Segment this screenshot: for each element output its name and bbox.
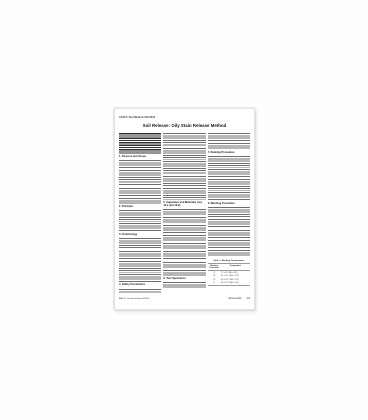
- footer-manual-label: AATCC Technical Manual/2010: [119, 298, 149, 300]
- paragraph-lines: [163, 161, 205, 175]
- paragraph-lines: [208, 230, 250, 239]
- paragraph-lines: [119, 198, 161, 205]
- text-column-1: 1. Purpose and Scope2. Principle3. Termi…: [119, 133, 161, 294]
- table-cell-procedure: V: [208, 282, 221, 285]
- paragraph-lines: [163, 225, 205, 234]
- paragraph-lines: [163, 217, 205, 224]
- document-title: Soil Release: Oily Stain Release Method: [119, 124, 250, 129]
- paragraph-lines: [163, 243, 205, 250]
- paragraph-lines: [163, 133, 205, 147]
- column-layout: 1. Purpose and Scope2. Principle3. Termi…: [119, 133, 250, 294]
- paragraph-lines: [163, 176, 205, 188]
- paragraph-lines: [163, 282, 205, 289]
- paragraph-lines: [163, 148, 205, 160]
- paragraph-lines: [163, 251, 205, 260]
- paragraph-lines: [163, 235, 205, 242]
- table-column-header: Temperature: [221, 264, 250, 271]
- footer-page-number: 373: [246, 298, 250, 300]
- paragraph-lines: [208, 240, 250, 249]
- paragraph-lines: [119, 261, 161, 273]
- paragraph-lines: [119, 160, 161, 169]
- paragraph-lines: [119, 289, 161, 294]
- table-cell-temperature: 60 ± 3°C (140 ± 5°F): [221, 282, 250, 285]
- section-heading: 2. Principle: [119, 206, 161, 209]
- section-heading: 4. Safety Precautions: [119, 284, 161, 287]
- table-column-header: Washing Procedure: [208, 264, 221, 271]
- document-sheet: AATCC Test Method 130-2010 Soil Release:…: [114, 108, 255, 310]
- page-background: AATCC Test Method 130-2010 Soil Release:…: [0, 0, 368, 420]
- paragraph-lines: [163, 209, 205, 216]
- paragraph-lines: [208, 179, 250, 191]
- section-heading: 6. Test Specimens: [163, 278, 205, 281]
- history-paragraph-lines: [119, 133, 161, 154]
- footer-right-group: TM 130-2010 373: [228, 298, 250, 300]
- paragraph-lines: [208, 169, 250, 178]
- footer-doc-ref: TM 130-2010: [228, 298, 241, 300]
- table-grid: Washing ProcedureTemperatureII27 ± 3°C (…: [208, 263, 250, 286]
- paragraph-lines: [119, 188, 161, 197]
- document-content: AATCC Test Method 130-2010 Soil Release:…: [115, 109, 254, 309]
- section-heading: 5. Apparatus and Materials (see 12.1 and…: [163, 202, 205, 208]
- paragraph-lines: [119, 210, 161, 222]
- paragraph-lines: [119, 274, 161, 283]
- section-heading: 7. Staining Procedure: [208, 152, 250, 155]
- paragraph-lines: [208, 250, 250, 257]
- paragraph-lines: [208, 156, 250, 168]
- text-column-2: 5. Apparatus and Materials (see 12.1 and…: [163, 133, 205, 294]
- paragraph-lines: [208, 207, 250, 219]
- paragraph-lines: [208, 192, 250, 201]
- paragraph-lines: [119, 251, 161, 260]
- paragraph-lines: [208, 219, 250, 228]
- text-column-3: 7. Staining Procedure8. Washing Procedur…: [208, 133, 250, 294]
- document-header-method-number: AATCC Test Method 130-2010: [119, 117, 250, 120]
- paragraph-lines: [163, 262, 205, 269]
- document-footer: AATCC Technical Manual/2010 TM 130-2010 …: [119, 298, 250, 300]
- paragraph-lines: [119, 223, 161, 232]
- section-heading: 1. Purpose and Scope: [119, 156, 161, 159]
- paragraph-lines: [208, 143, 250, 150]
- section-heading: 8. Washing Procedure: [208, 203, 250, 206]
- paragraph-lines: [163, 188, 205, 200]
- section-heading: 3. Terminology: [119, 234, 161, 237]
- washing-temperatures-table: Table I—Washing TemperaturesWashing Proc…: [208, 260, 250, 286]
- paragraph-lines: [119, 238, 161, 250]
- paragraph-lines: [208, 133, 250, 142]
- paragraph-lines: [163, 270, 205, 277]
- paragraph-lines: [119, 170, 161, 186]
- table-title: Table I—Washing Temperatures: [208, 260, 250, 262]
